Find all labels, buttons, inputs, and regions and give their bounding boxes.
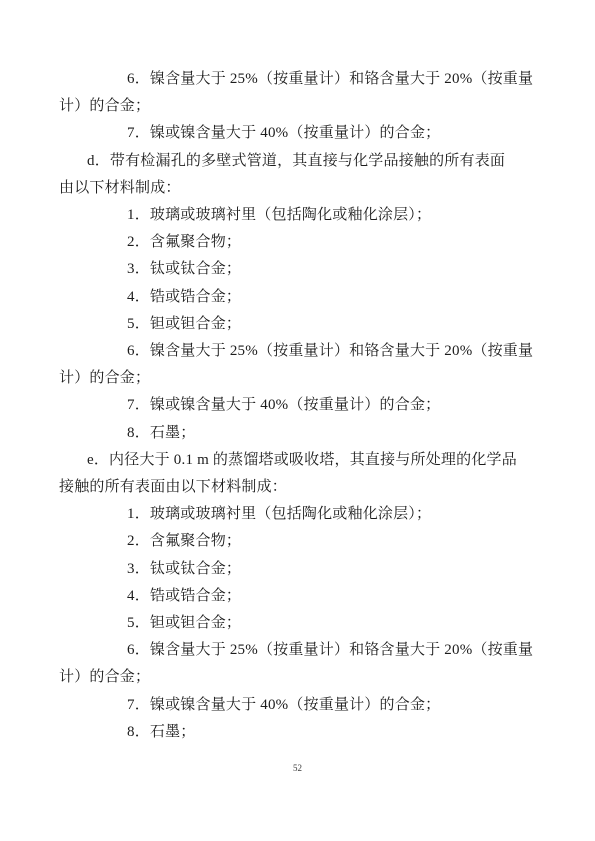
text-line: 4．锆或锆合金； bbox=[59, 583, 539, 610]
text-line: 7．镍或镍含量大于 40%（按重量计）的合金； bbox=[59, 392, 539, 419]
text-line: 8．石墨； bbox=[59, 719, 539, 746]
text-line: 2．含氟聚合物； bbox=[59, 528, 539, 555]
text-line: 计）的合金； bbox=[59, 664, 539, 691]
text-line: 2．含氟聚合物； bbox=[59, 229, 539, 256]
text-line: 8．石墨； bbox=[59, 420, 539, 447]
text-line: 接触的所有表面由以下材料制成： bbox=[59, 474, 539, 501]
text-line: 1．玻璃或玻璃衬里（包括陶化或釉化涂层）； bbox=[59, 202, 539, 229]
text-line: 7．镍或镍含量大于 40%（按重量计）的合金； bbox=[59, 692, 539, 719]
text-line: 6．镍含量大于 25%（按重量计）和铬含量大于 20%（按重量 bbox=[59, 66, 539, 93]
text-line: 计）的合金； bbox=[59, 93, 539, 120]
text-line: e．内径大于 0.1 m 的蒸馏塔或吸收塔，其直接与所处理的化学品 bbox=[59, 447, 539, 474]
text-line: 5．钽或钽合金； bbox=[59, 610, 539, 637]
text-line: 3．钛或钛合金； bbox=[59, 556, 539, 583]
text-line: 3．钛或钛合金； bbox=[59, 256, 539, 283]
text-line: 6．镍含量大于 25%（按重量计）和铬含量大于 20%（按重量 bbox=[59, 637, 539, 664]
text-line: 由以下材料制成： bbox=[59, 175, 539, 202]
document-body: 6．镍含量大于 25%（按重量计）和铬含量大于 20%（按重量计）的合金；7．镍… bbox=[59, 66, 539, 746]
page-number: 52 bbox=[0, 763, 595, 773]
document-page: 6．镍含量大于 25%（按重量计）和铬含量大于 20%（按重量计）的合金；7．镍… bbox=[0, 0, 595, 841]
text-line: 7．镍或镍含量大于 40%（按重量计）的合金； bbox=[59, 120, 539, 147]
text-line: 计）的合金； bbox=[59, 365, 539, 392]
text-line: 6．镍含量大于 25%（按重量计）和铬含量大于 20%（按重量 bbox=[59, 338, 539, 365]
text-line: 1．玻璃或玻璃衬里（包括陶化或釉化涂层）； bbox=[59, 501, 539, 528]
text-line: 5．钽或钽合金； bbox=[59, 311, 539, 338]
text-line: 4．锆或锆合金； bbox=[59, 284, 539, 311]
text-line: d．带有检漏孔的多壁式管道，其直接与化学品接触的所有表面 bbox=[59, 148, 539, 175]
